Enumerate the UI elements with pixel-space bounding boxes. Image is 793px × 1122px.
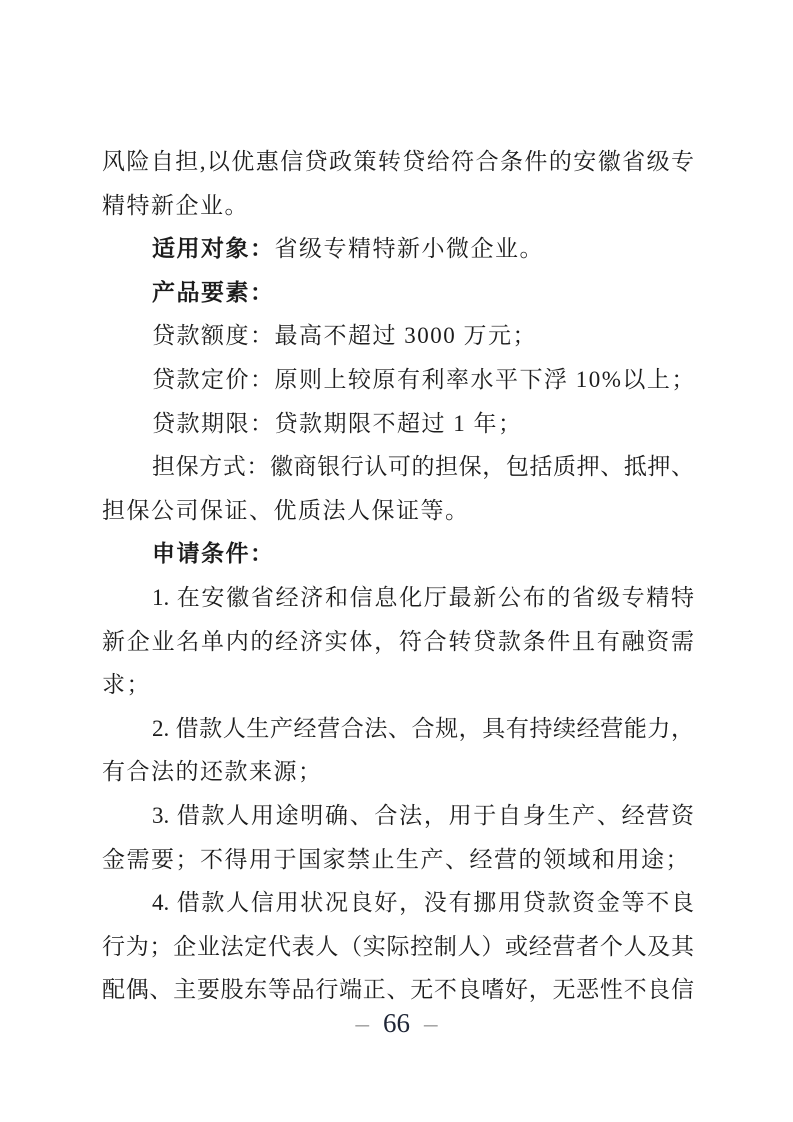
line-condition-1b: 新企业名单内的经济实体，符合转贷款条件且有融资需 bbox=[102, 620, 694, 664]
line-condition-2a: 2. 借款人生产经营合法、合规，具有持续经营能力， bbox=[102, 707, 694, 751]
page-footer: –66– bbox=[0, 1006, 793, 1040]
line-loan-term: 贷款期限：贷款期限不超过 1 年； bbox=[102, 402, 694, 446]
line-condition-4a: 4. 借款人信用状况良好，没有挪用贷款资金等不良 bbox=[102, 881, 694, 925]
line-condition-4b: 行为；企业法定代表人（实际控制人）或经营者个人及其 bbox=[102, 925, 694, 969]
footer-left-dash: – bbox=[356, 1008, 370, 1038]
document-body: 风险自担,以优惠信贷政策转贷给符合条件的安徽省级专 精特新企业。 适用对象：省级… bbox=[102, 140, 694, 1012]
heading-product-elements: 产品要素： bbox=[102, 271, 694, 315]
line-guarantee-method-1: 担保方式：徽商银行认可的担保，包括质押、抵押、 bbox=[102, 445, 694, 489]
line-loan-amount: 贷款额度：最高不超过 3000 万元； bbox=[102, 314, 694, 358]
line-loan-pricing: 贷款定价：原则上较原有利率水平下浮 10%以上； bbox=[102, 358, 694, 402]
line-condition-1a: 1. 在安徽省经济和信息化厅最新公布的省级专精特 bbox=[102, 576, 694, 620]
line-condition-2b: 有合法的还款来源； bbox=[102, 750, 694, 794]
paragraph-risk-continuation-line-2: 精特新企业。 bbox=[102, 184, 694, 228]
heading-application-conditions: 申请条件： bbox=[102, 532, 694, 576]
applicable-targets-value: 省级专精特新小微企业。 bbox=[275, 236, 545, 261]
line-condition-1c: 求； bbox=[102, 663, 694, 707]
footer-right-dash: – bbox=[424, 1008, 438, 1038]
document-page: 风险自担,以优惠信贷政策转贷给符合条件的安徽省级专 精特新企业。 适用对象：省级… bbox=[0, 0, 793, 1122]
paragraph-risk-continuation-line-1: 风险自担,以优惠信贷政策转贷给符合条件的安徽省级专 bbox=[102, 140, 694, 184]
applicable-targets-label: 适用对象： bbox=[152, 236, 275, 261]
line-condition-3a: 3. 借款人用途明确、合法，用于自身生产、经营资 bbox=[102, 794, 694, 838]
line-applicable-targets: 适用对象：省级专精特新小微企业。 bbox=[102, 227, 694, 271]
page-number: 66 bbox=[383, 1008, 410, 1038]
line-guarantee-method-2: 担保公司保证、优质法人保证等。 bbox=[102, 489, 694, 533]
line-condition-3b: 金需要；不得用于国家禁止生产、经营的领域和用途； bbox=[102, 838, 694, 882]
